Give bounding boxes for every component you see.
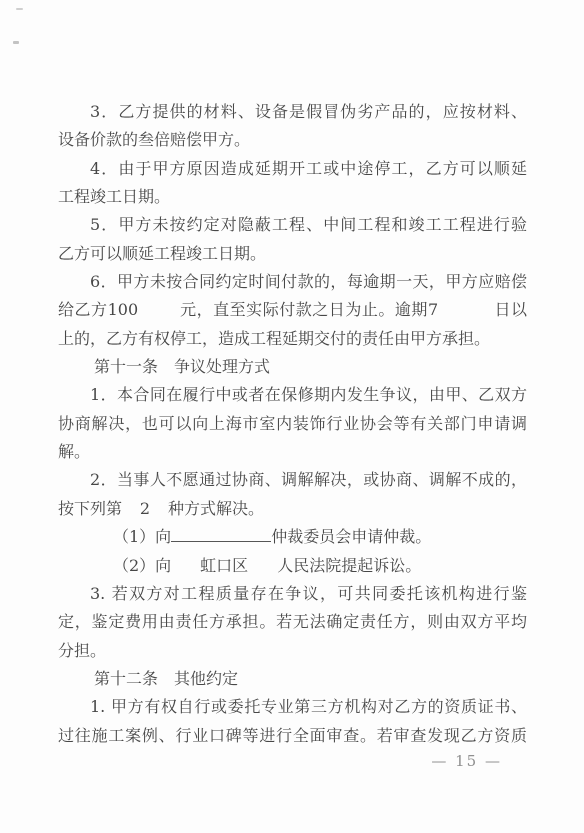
line-text: 按下列第 [58,499,122,518]
contract-line: 定，鉴定费用由责任方承担。若无法确定责任方，则由双方平均 [58,608,527,636]
contract-line-clause3: 3．乙方提供的材料、设备是假冒伪劣产品的，应按材料、 [58,98,527,126]
line-text: 仲裁委员会申请仲裁。 [271,527,431,546]
contract-line: 上的，乙方有权停工，造成工程延期交付的责任由甲方承担。 [58,325,527,353]
blank-overdue-days: 7 [428,296,494,324]
blank-dispute-method-number: 2 [122,495,168,523]
scan-speck [16,8,23,10]
line-text: 给乙方 [58,300,108,319]
article-11-heading: 第十一条 争议处理方式 [58,353,527,381]
blank-court-district: 虹口区 [171,552,277,580]
contract-line: 协商解决，也可以向上海市室内装饰行业协会等有关部门申请调 [58,410,527,438]
contract-line: 工程竣工日期。 [58,183,527,211]
contract-line-clause5: 5．甲方未按约定对隐蔽工程、中间工程和竣工工程进行验收， [58,211,527,239]
line-text: （1）向 [113,527,171,546]
dispute-option-2-line: （2）向虹口区人民法院提起诉讼。 [58,552,527,580]
dispute-option-1-line: （1）向仲裁委员会申请仲裁。 [58,523,527,551]
contract-line: 设备价款的叁倍赔偿甲方。 [58,126,527,154]
line-text: （2）向 [113,556,171,575]
blank-arbitration-committee-name [171,541,271,542]
contract-line-item1-art12: 1. 甲方有权自行或委托专业第三方机构对乙方的资质证书、 [58,693,527,721]
contract-line: 解。 [58,438,527,466]
contract-line: 乙方可以顺延工程竣工日期。 [58,240,527,268]
contract-line-item3: 3. 若双方对工程质量存在争议，可共同委托该机构进行鉴 [58,580,527,608]
contract-line-with-blank: 按下列第2种方式解决。 [58,495,527,523]
line-text: 日以 [494,300,527,319]
contract-line-item1: 1．本合同在履行中或者在保修期内发生争议，由甲、乙双方 [58,381,527,409]
contract-line: 分担。 [58,637,527,665]
scan-speck [13,41,19,44]
contract-line: 过往施工案例、行业口碑等进行全面审查。若审查发现乙方资质 [58,722,527,750]
contract-line-clause6: 6．甲方未按合同约定时间付款的，每逾期一天，甲方应赔偿 [58,268,527,296]
contract-line-with-blanks: 给乙方100元，直至实际付款之日为止。逾期7日以 [58,296,527,324]
contract-line-clause4: 4．由于甲方原因造成延期开工或中途停工，乙方可以顺延 [58,155,527,183]
article-12-heading: 第十二条 其他约定 [58,665,527,693]
contract-text-block: 3．乙方提供的材料、设备是假冒伪劣产品的，应按材料、 设备价款的叁倍赔偿甲方。 … [58,98,527,750]
blank-late-fee-amount: 100 [108,296,180,324]
contract-line-item2: 2．当事人不愿通过协商、调解解决，或协商、调解不成的， [58,466,527,494]
scanned-contract-page: 3．乙方提供的材料、设备是假冒伪劣产品的，应按材料、 设备价款的叁倍赔偿甲方。 … [0,0,584,833]
line-text: 人民法院提起诉讼。 [277,556,421,575]
line-text: 种方式解决。 [168,499,264,518]
line-text: 元，直至实际付款之日为止。逾期 [180,300,428,319]
page-number: — 15 — [431,752,502,770]
